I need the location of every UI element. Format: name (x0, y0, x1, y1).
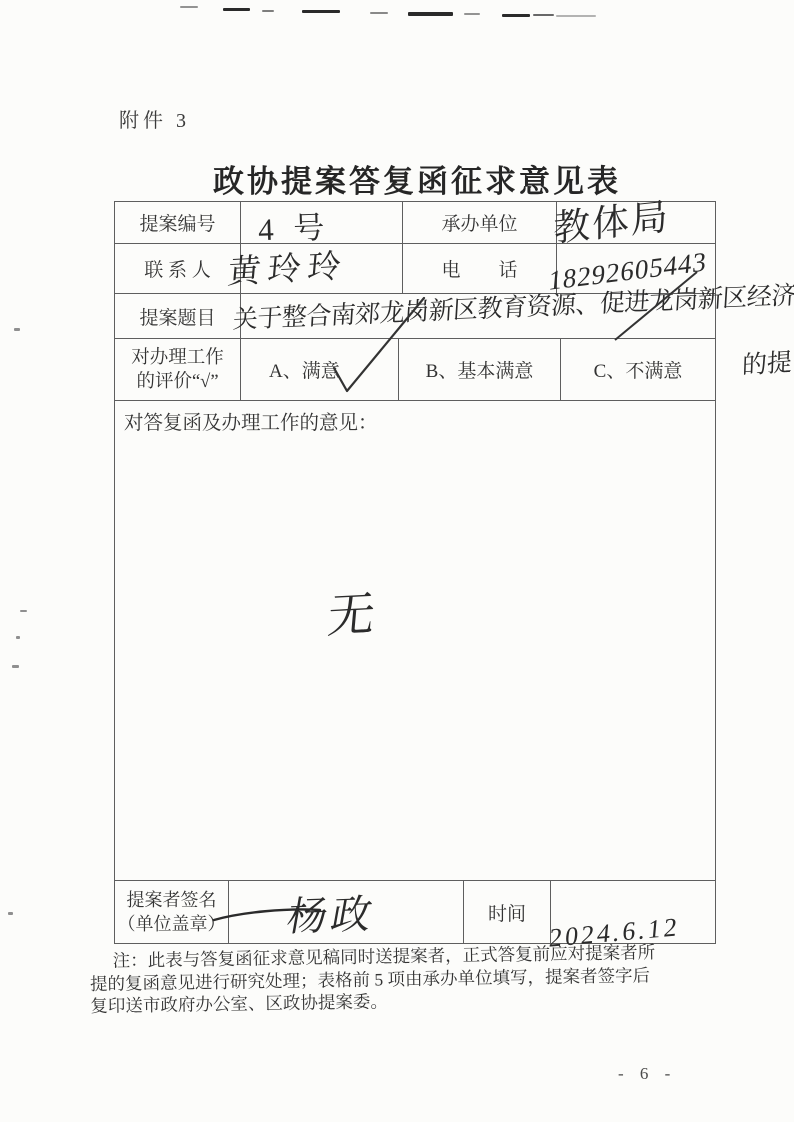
signer-label-line2: （单位盖章） (118, 912, 226, 936)
option-a-checkmark (328, 292, 438, 402)
evaluation-label-line2: 的评价“√” (131, 370, 224, 394)
title-label-cell: 提案题目 (115, 294, 241, 339)
pen-stroke-artifact (605, 268, 705, 343)
evaluation-label-cell: 对办理工作 的评价“√” (115, 339, 241, 401)
page-title: 政协提案答复函征求意见表 (0, 156, 794, 201)
handwritten-proposal-title-line2: 的提 (741, 342, 792, 382)
scan-artifact (223, 8, 250, 11)
scan-artifact (533, 14, 554, 16)
scan-speck (14, 328, 20, 331)
contact-label-cell: 联 系 人 (115, 244, 241, 294)
signature-lead-stroke (212, 898, 322, 928)
scan-artifact (180, 6, 198, 8)
page-number: - 6 - (618, 1064, 672, 1084)
opinion-cell: 对答复函及办理工作的意见： (115, 401, 716, 881)
scan-artifact (370, 12, 388, 14)
scan-speck (20, 610, 27, 612)
scan-artifact (262, 10, 274, 12)
evaluation-label-line1: 对办理工作 (131, 346, 224, 370)
scan-speck (16, 636, 20, 639)
attachment-label: 附件 3 (119, 104, 190, 133)
handwritten-opinion-none: 无 (325, 577, 378, 647)
scan-artifact (556, 15, 596, 17)
scan-speck (8, 912, 13, 915)
signer-label-line1: 提案者签名 (118, 888, 226, 912)
option-c-cell: C、不满意 (561, 339, 716, 401)
handwritten-contact: 黄玲玲 (226, 240, 350, 294)
scan-speck (12, 665, 19, 668)
scan-artifact (302, 10, 340, 13)
proposal-no-label-cell: 提案编号 (115, 202, 241, 244)
scan-artifact (464, 13, 480, 15)
scan-artifact (502, 14, 530, 17)
scan-artifact (408, 12, 453, 16)
scanned-form-page: 附件 3 政协提案答复函征求意见表 提案编号 承办单位 联 系 人 电 话 提案… (0, 0, 794, 1122)
organizer-label-cell: 承办单位 (403, 202, 557, 244)
footer-note: 注：此表与答复函征求意见稿同时送提案者，正式答复前应对提案者所 提的复函意见进行… (90, 940, 731, 1018)
date-label-cell: 时间 (464, 881, 551, 944)
